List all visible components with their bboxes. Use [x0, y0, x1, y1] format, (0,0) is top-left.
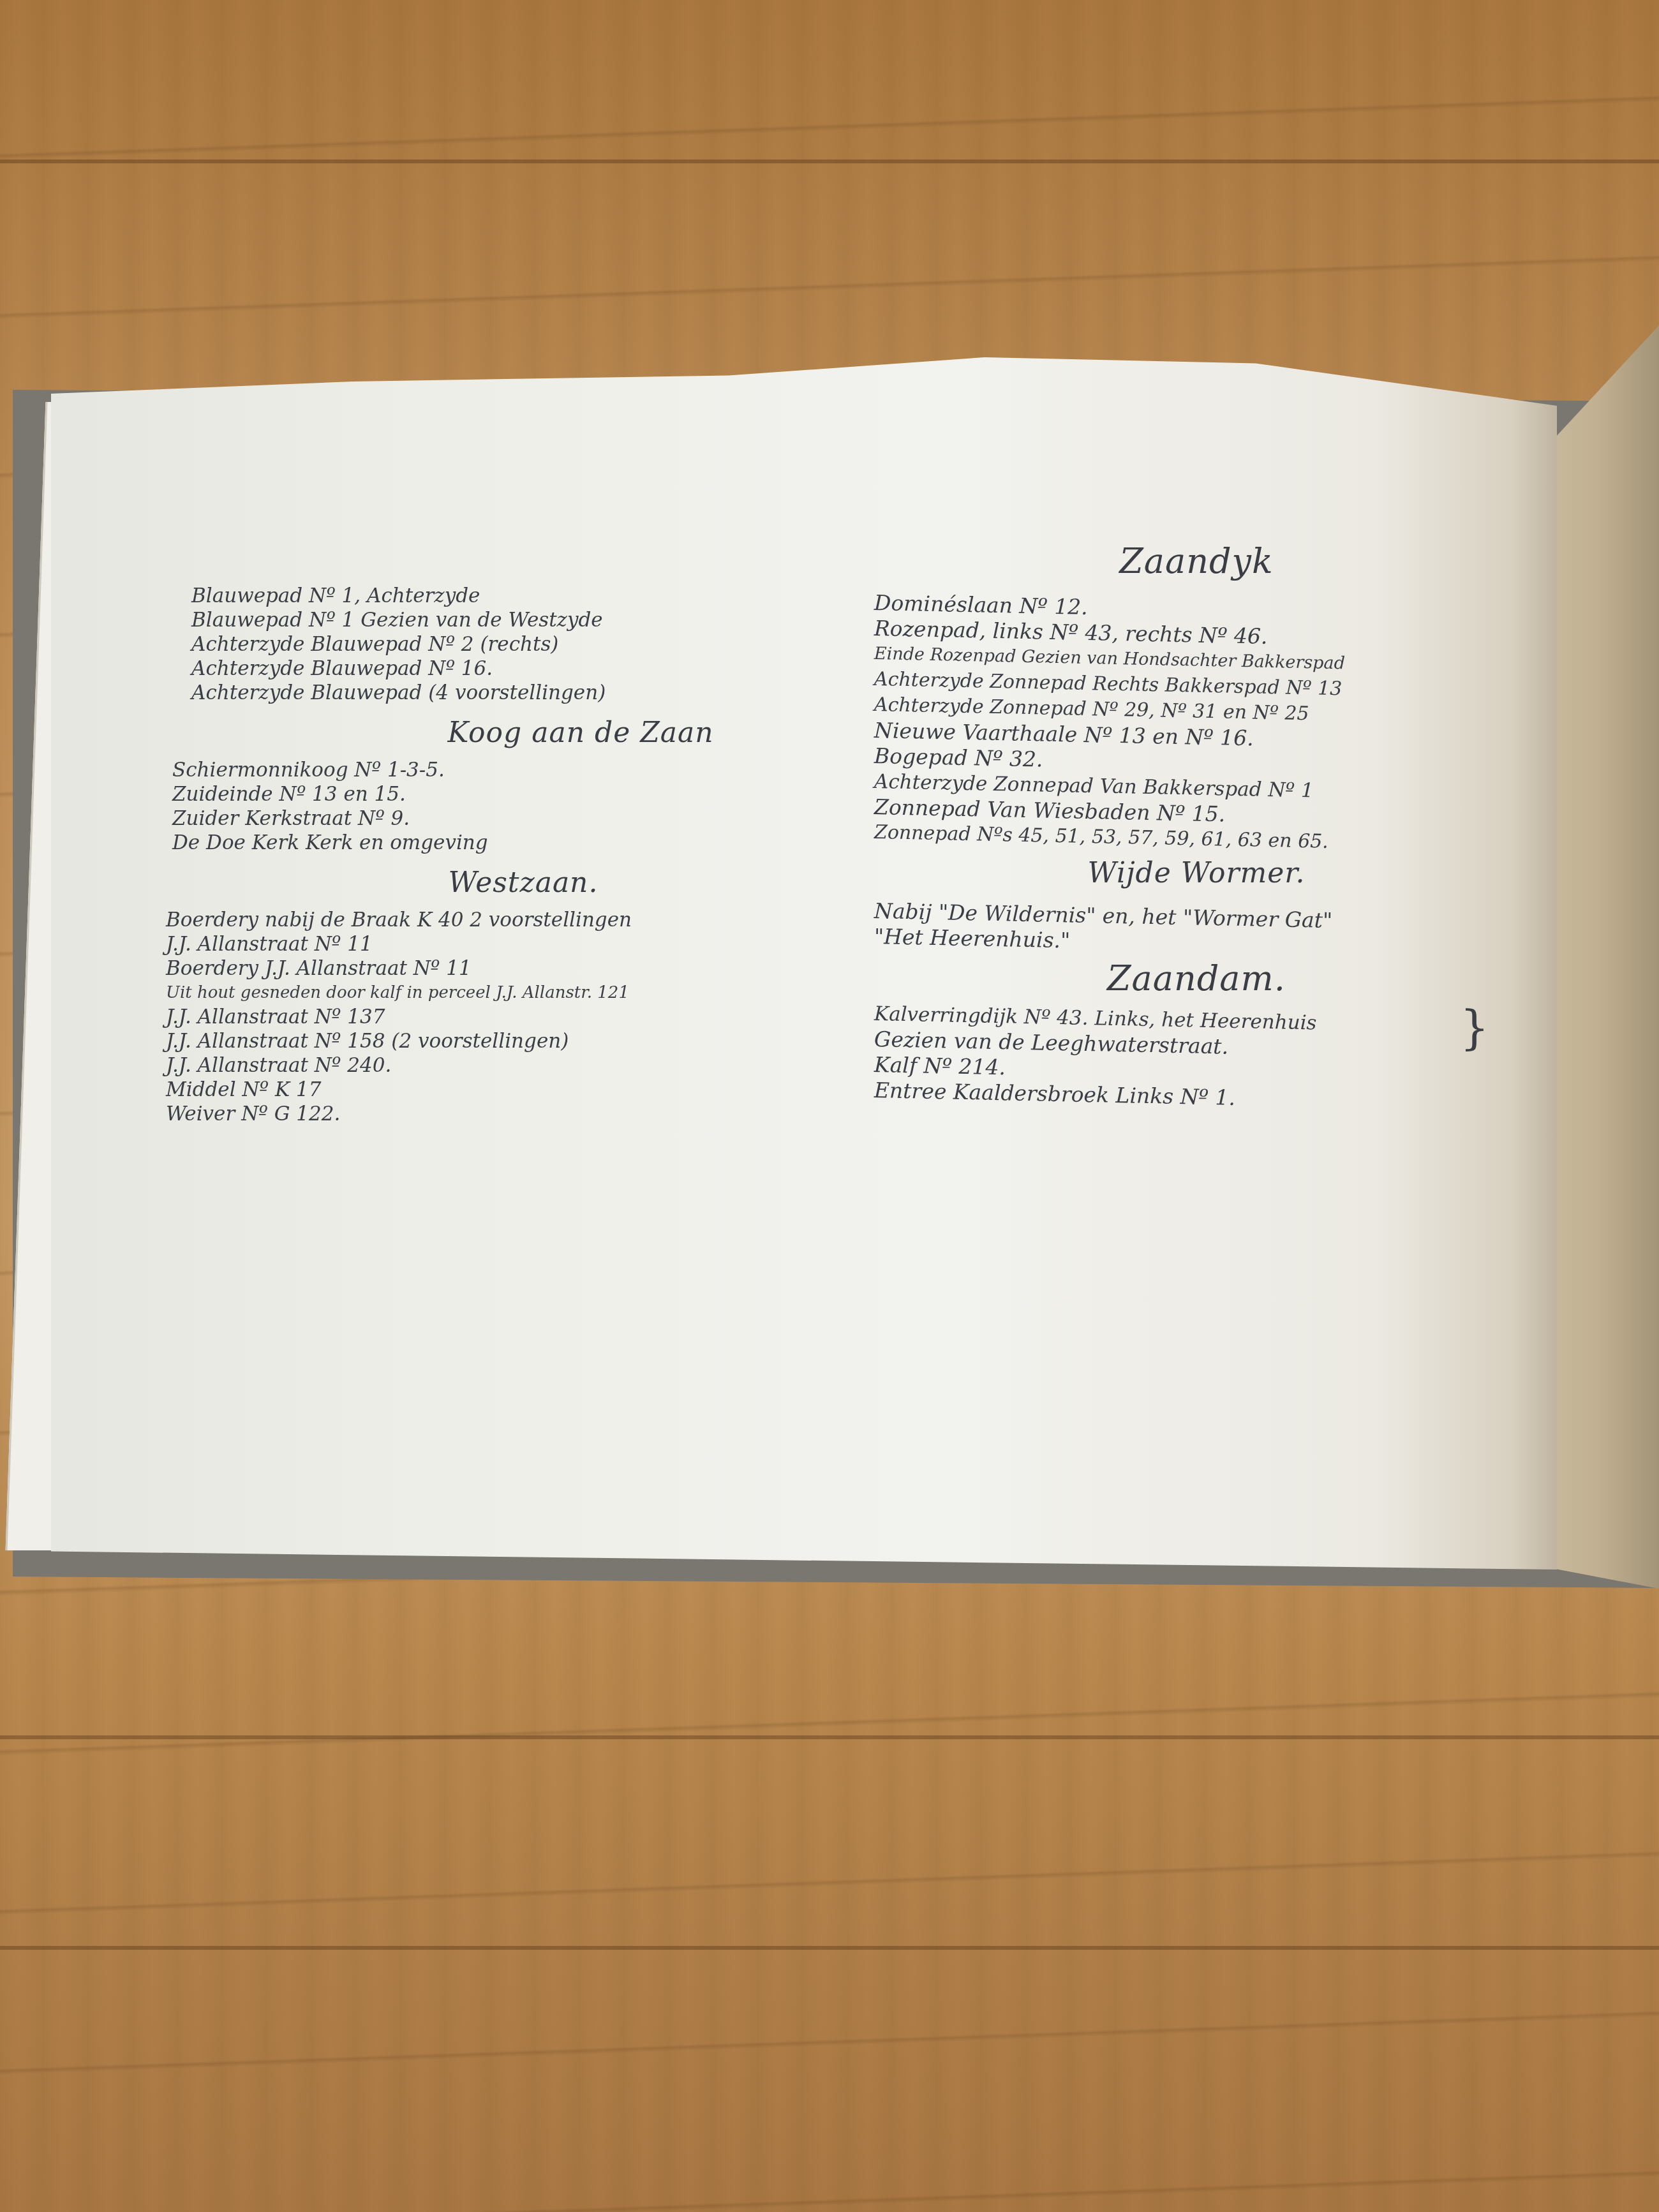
- list-item: Middel Nº K 17: [166, 1078, 829, 1102]
- section-heading-wormer: Wijde Wormer.: [912, 857, 1480, 889]
- entries-top: Blauwepad Nº 1, Achterzyde Blauwepad Nº …: [191, 584, 829, 705]
- list-item: J.J. Allanstraat Nº 240.: [166, 1053, 829, 1078]
- list-item: Achterzyde Blauwepad Nº 2 (rechts): [191, 632, 829, 657]
- list-item: Zuider Kerkstraat Nº 9.: [172, 806, 829, 831]
- grouping-brace: }: [1460, 1001, 1489, 1055]
- section-heading-zaandam: Zaandam.: [912, 958, 1480, 998]
- floor-plank-seam: [0, 1735, 1659, 1739]
- left-column: Blauwepad Nº 1, Achterzyde Blauwepad Nº …: [191, 584, 829, 1126]
- floor-plank-seam: [0, 1946, 1659, 1950]
- section-wormer-entries: Nabij "De Wildernis" en, het "Wormer Gat…: [874, 898, 1480, 949]
- list-item: Zuideinde Nº 13 en 15.: [172, 782, 829, 806]
- right-column: Zaandyk Dominéslaan Nº 12. Rozenpad, lin…: [874, 530, 1480, 1103]
- list-item: Boerdery J.J. Allanstraat Nº 11: [166, 956, 829, 981]
- list-item: Achterzyde Blauwepad Nº 16.: [191, 657, 829, 681]
- list-item: J.J. Allanstraat Nº 158 (2 voorstellinge…: [166, 1029, 829, 1053]
- section-heading-zaandyk: Zaandyk: [912, 541, 1480, 581]
- list-item: J.J. Allanstraat Nº 137: [166, 1005, 829, 1029]
- section-koog-entries: Schiermonnikoog Nº 1-3-5. Zuideinde Nº 1…: [172, 758, 829, 855]
- list-item: Blauwepad Nº 1, Achterzyde: [191, 584, 829, 608]
- list-item: Uit hout gesneden door kalf in perceel J…: [166, 981, 829, 1005]
- section-zaandam-entries: Kalverringdijk Nº 43. Links, het Heerenh…: [874, 1001, 1480, 1103]
- list-item: Schiermonnikoog Nº 1-3-5.: [172, 758, 829, 782]
- list-item: J.J. Allanstraat Nº 11: [166, 932, 829, 956]
- floor-plank-seam: [0, 160, 1659, 163]
- list-item: Blauwepad Nº 1 Gezien van de Westzyde: [191, 608, 829, 632]
- section-heading-westzaan: Westzaan.: [217, 866, 829, 899]
- list-item: Weiver Nº G 122.: [166, 1102, 829, 1126]
- section-westzaan-entries: Boerdery nabij de Braak K 40 2 voorstell…: [166, 908, 829, 1126]
- list-item: Boerdery nabij de Braak K 40 2 voorstell…: [166, 908, 829, 932]
- list-item: De Doe Kerk Kerk en omgeving: [172, 831, 829, 855]
- section-zaandyk-entries: Dominéslaan Nº 12. Rozenpad, links Nº 43…: [874, 590, 1480, 845]
- section-heading-koog: Koog aan de Zaan: [332, 716, 829, 749]
- list-item: Achterzyde Blauwepad (4 voorstellingen): [191, 681, 829, 705]
